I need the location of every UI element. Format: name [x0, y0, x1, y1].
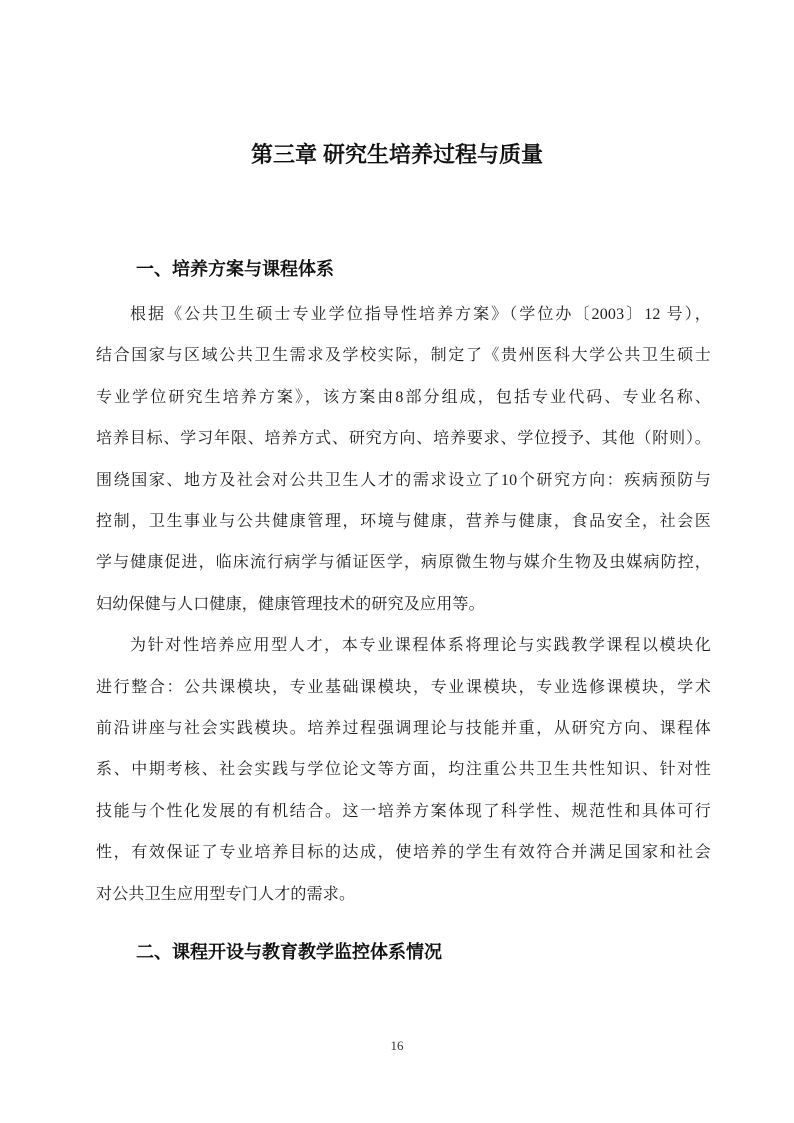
- text-line: 对公共卫生应用型专门人才的需求。: [96, 874, 711, 915]
- chapter-title: 第三章 研究生培养过程与质量: [0, 0, 794, 170]
- paragraph: 为针对性培养应用型人才，本专业课程体系将理论与实践教学课程以模块化进行整合：公共…: [96, 625, 711, 915]
- text-line: 进行整合：公共课模块，专业基础课模块，专业课模块，专业选修课模块，学术: [96, 667, 711, 708]
- paragraph: 根据《公共卫生硕士专业学位指导性培养方案》（学位办〔2003〕12 号），结合国…: [96, 294, 711, 625]
- text-line: 技能与个性化发展的有机结合。这一培养方案体现了科学性、规范性和具体可行: [96, 791, 711, 832]
- text-line: 根据《公共卫生硕士专业学位指导性培养方案》（学位办〔2003〕12 号），: [96, 294, 711, 335]
- text-line: 学与健康促进，临床流行病学与循证医学，病原微生物与媒介生物及虫媒病防控，: [96, 542, 711, 583]
- text-line: 专业学位研究生培养方案》，该方案由8部分组成，包括专业代码、专业名称、: [96, 377, 711, 418]
- text-line: 围绕国家、地方及社会对公共卫生人才的需求设立了10个研究方向：疾病预防与: [96, 460, 711, 501]
- text-line: 控制，卫生事业与公共健康管理，环境与健康，营养与健康，食品安全，社会医: [96, 501, 711, 542]
- text-line: 前沿讲座与社会实践模块。培养过程强调理论与技能并重，从研究方向、课程体: [96, 708, 711, 749]
- text-line: 为针对性培养应用型人才，本专业课程体系将理论与实践教学课程以模块化: [96, 625, 711, 666]
- text-line: 妇幼保健与人口健康，健康管理技术的研究及应用等。: [96, 584, 711, 625]
- document-body: 一、培养方案与课程体系根据《公共卫生硕士专业学位指导性培养方案》（学位办〔200…: [0, 256, 794, 965]
- text-line: 性，有效保证了专业培养目标的达成，使培养的学生有效符合并满足国家和社会: [96, 832, 711, 873]
- text-line: 结合国家与区域公共卫生需求及学校实际，制定了《贵州医科大学公共卫生硕士: [96, 335, 711, 376]
- page-number: 16: [0, 1038, 794, 1054]
- section-heading: 一、培养方案与课程体系: [96, 256, 711, 282]
- document-page: 第三章 研究生培养过程与质量 一、培养方案与课程体系根据《公共卫生硕士专业学位指…: [0, 0, 794, 1123]
- text-line: 系、中期考核、社会实践与学位论文等方面，均注重公共卫生共性知识、针对性: [96, 749, 711, 790]
- text-line: 培养目标、学习年限、培养方式、研究方向、培养要求、学位授予、其他（附则）。: [96, 418, 711, 459]
- section-heading: 二、课程开设与教育教学监控体系情况: [96, 939, 711, 965]
